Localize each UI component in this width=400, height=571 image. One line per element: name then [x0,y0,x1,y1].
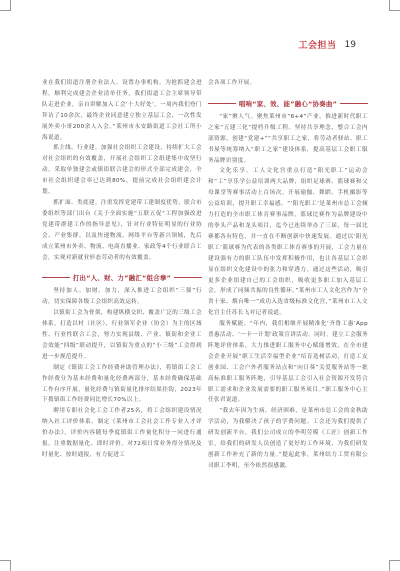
page-header: 工会担当 19 [299,38,356,51]
paragraph: 坚持加人、加财、加力，深入推进工会组织“三强”行动，切实保障各级工会组织高效运转… [42,286,202,308]
heading-rule-left [42,277,70,278]
section-heading: 唱响“家、效、能”融心“协奏曲” [208,99,368,108]
paragraph: 文化乐享。工人文化宫重点打造“阳光职工”运动会和“工”享乐学公益培训两大品牌，组… [208,166,368,319]
right-column: 会各项工作开展。 唱响“家、效、能”融心“协奏曲” “家”聚人气。聚焦莱州市“6… [208,78,368,472]
paragraph: “我去年因为生病，经济困难，是莱州市总工会的金秋助学活动，为我解决了孩子的学费问… [208,406,368,471]
crop-mark-bottom-right [389,560,400,571]
paragraph: 制定《镇街工会工作经费补助管理办法》，将镇街工会工作经费分为基本经费和量化经费两… [42,363,202,407]
crop-mark-top-left [0,0,11,11]
paragraph: 会各项工作开展。 [208,78,368,89]
page-number: 19 [345,40,356,50]
section-heading-title: 唱响“家、效、能”融心“协奏曲” [236,99,340,108]
section-heading: 打出“人、财、力”融汇“组合拳” [42,273,202,282]
paragraph: 聘用专职社会化工会工作者25名，将工会组织建设情况纳入社工评价体系，制定《莱州市… [42,406,202,461]
section-name: 工会担当 [299,38,337,51]
heading-rule-right [340,103,368,104]
section-heading-title: 打出“人、财、力”融汇“组合拳” [70,273,174,282]
paragraph: “家”聚人气。聚焦莱州市“6+4”产业，推进新时代职工之家“五建三化”提档升级工… [208,112,368,167]
paragraph: 业在我们街道注册企业法人、设置办事机构，为抢抓建会进程，顺利完成建会企业清单任务… [42,78,202,143]
crop-mark-bottom-left [0,560,11,571]
paragraph: 抓主线、行业建。加强社会组织工会建设，持续扩大工会对社会组织的有效覆盖，开展社会… [42,143,202,198]
paragraph: 抓扩面、类底建。注重发挥党建带工建制度优势，联合市委组织等部门出台《关于全面实施… [42,198,202,263]
paragraph: 服务赋能。“年内，我们相继开展精准化‘齐鲁工惠’App普惠活动、‘一卡一计划’政… [208,319,368,406]
left-column: 业在我们街道注册企业法人、设置办事机构，为抢抓建会进程，顺利完成建会企业清单任务… [42,78,202,461]
heading-rule-left [208,103,236,104]
crop-mark-top-right [389,0,400,11]
paragraph: 以镇街工会为骨架，构建纵横交织、覆盖广泛的三级工会体系，打造以村（社区）、行业领… [42,308,202,363]
heading-rule-right [174,277,202,278]
